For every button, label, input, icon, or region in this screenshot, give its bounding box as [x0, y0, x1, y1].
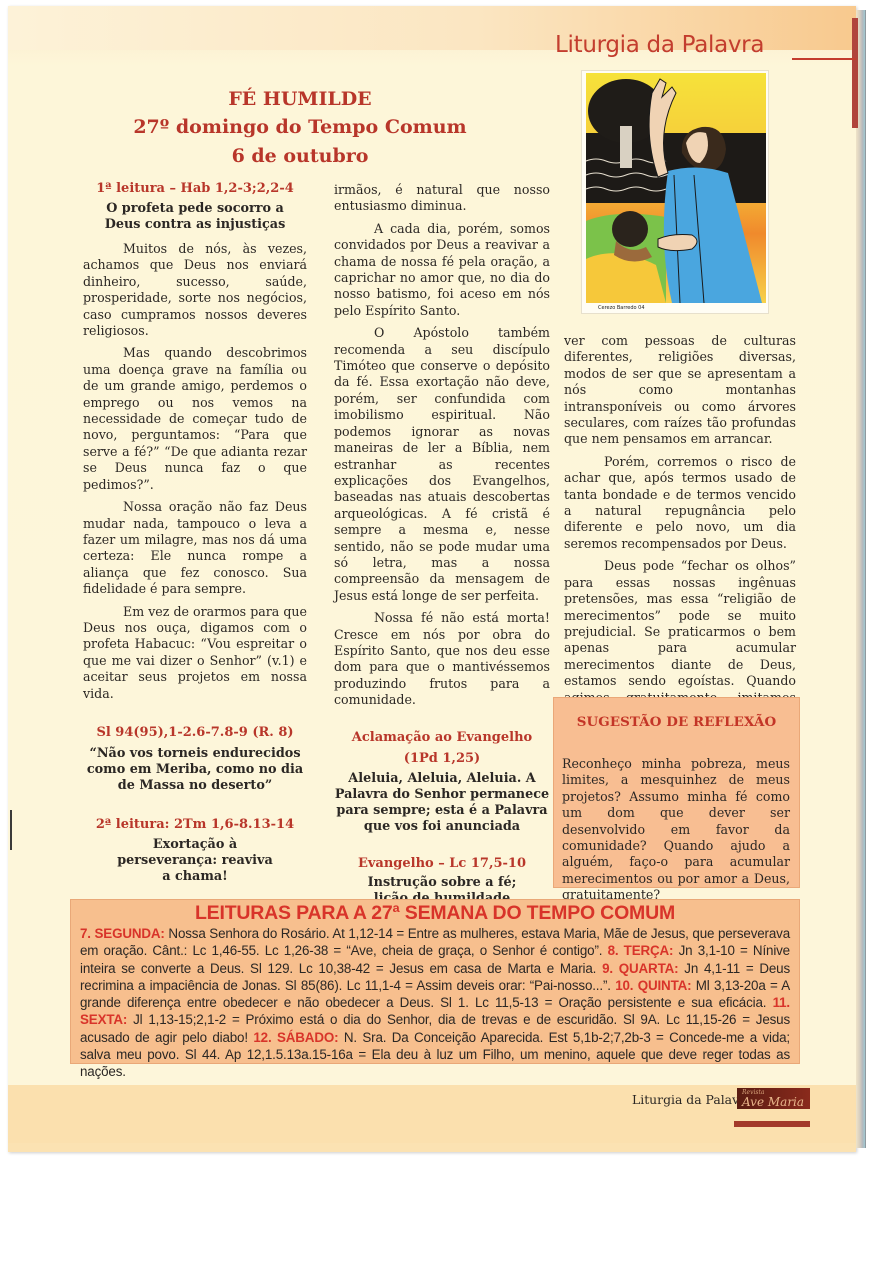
day-label: 8. TERÇA: — [608, 943, 674, 958]
article-title: FÉ HUMILDE — [90, 86, 510, 112]
page-edge — [856, 10, 866, 1148]
magazine-logo-text: Ave Maria — [742, 1095, 804, 1109]
column-1: 1ª leitura – Hab 1,2-3;2,2-4 O profeta p… — [83, 180, 307, 982]
day-label: 9. QUARTA: — [602, 961, 678, 976]
paragraph: Muitos de nós, às vezes, achamos que Deu… — [83, 241, 307, 339]
reflexao-title: SUGESTÃO DE REFLEXÃO — [553, 714, 800, 730]
leituras-semana-box: LEITURAS PARA A 27ª SEMANA DO TEMPO COMU… — [70, 899, 800, 1064]
section-title-rule — [792, 58, 856, 60]
evangelho-ref: Evangelho – Lc 17,5-10 — [334, 855, 550, 873]
paragraph: Nossa oração não faz Deus mudar nada, ta… — [83, 499, 307, 597]
paragraph: A cada dia, porém, somos convidados por … — [334, 221, 550, 319]
jesus-illustration-icon: Cerezo Barredo 04 — [582, 71, 770, 315]
article-date: 6 de outubro — [90, 142, 510, 170]
article-heading: FÉ HUMILDE 27º domingo do Tempo Comum 6 … — [90, 86, 510, 170]
page-edge-tab — [852, 18, 858, 128]
segunda-leitura-ref: 2ª leitura: 2Tm 1,6-8.13-14 — [83, 816, 307, 834]
aclamacao-text: Aleluia, Aleluia, Aleluia. A Palavra do … — [334, 771, 550, 835]
leituras-semana-text: 7. SEGUNDA: Nossa Senhora do Rosário. At… — [80, 925, 790, 1081]
svg-text:Cerezo Barredo 04: Cerezo Barredo 04 — [598, 305, 645, 311]
paragraph: O Apóstolo também recomenda a seu discíp… — [334, 325, 550, 604]
illustration: Cerezo Barredo 04 — [581, 70, 769, 314]
leituras-semana-title: LEITURAS PARA A 27ª SEMANA DO TEMPO COMU… — [70, 902, 800, 924]
paragraph: Mas quando descobrimos uma doença grave … — [83, 345, 307, 493]
segunda-leitura-summary: Exortação à perseverança: reaviva a cham… — [113, 837, 277, 885]
paragraph: Em vez de orarmos para que Deus nos ouça… — [83, 604, 307, 702]
day-label: 7. SEGUNDA: — [80, 926, 165, 941]
paragraph-continuation: ver com pessoas de culturas diferentes, … — [564, 333, 796, 448]
reflexao-text: Reconheço minha pobreza, meus limites, a… — [562, 756, 790, 904]
column-2: irmãos, é natural que nosso entusiasmo d… — [334, 184, 550, 1021]
binding-mark — [10, 810, 13, 850]
paragraph-continuation: irmãos, é natural que nosso entusiasmo d… — [334, 182, 550, 215]
footer-logo-bleed — [734, 1121, 810, 1127]
day-label: 12. SÁBADO: — [253, 1030, 338, 1045]
primeira-leitura-ref: 1ª leitura – Hab 1,2-3;2,2-4 — [83, 180, 307, 198]
column-3: ver com pessoas de culturas diferentes, … — [564, 333, 796, 745]
paragraph: Porém, corremos o risco de achar que, ap… — [564, 454, 796, 552]
aclamacao-ref: Aclamação ao Evangelho (1Pd 1,25) — [334, 727, 550, 769]
salmo-response: “Não vos torneis endurecidos como em Mer… — [83, 746, 307, 794]
primeira-leitura-summary: O profeta pede socorro a Deus contra as … — [97, 201, 293, 233]
salmo-ref: Sl 94(95),1-2.6-7.8-9 (R. 8) — [83, 724, 307, 742]
section-title: Liturgia da Palavra — [555, 32, 764, 58]
paragraph: Nossa fé não está morta! Cresce em nós p… — [334, 610, 550, 708]
reflexao-box: SUGESTÃO DE REFLEXÃO Reconheço minha pob… — [553, 697, 800, 888]
magazine-logo: Revista Ave Maria — [737, 1088, 810, 1109]
footer-section-name: Liturgia da Palavra — [632, 1092, 752, 1107]
article-subtitle: 27º domingo do Tempo Comum — [90, 112, 510, 142]
aclamacao-ref-line1: Aclamação ao Evangelho — [334, 727, 550, 748]
aclamacao-ref-line2: (1Pd 1,25) — [334, 748, 550, 769]
day-label: 10. QUINTA: — [615, 978, 691, 993]
